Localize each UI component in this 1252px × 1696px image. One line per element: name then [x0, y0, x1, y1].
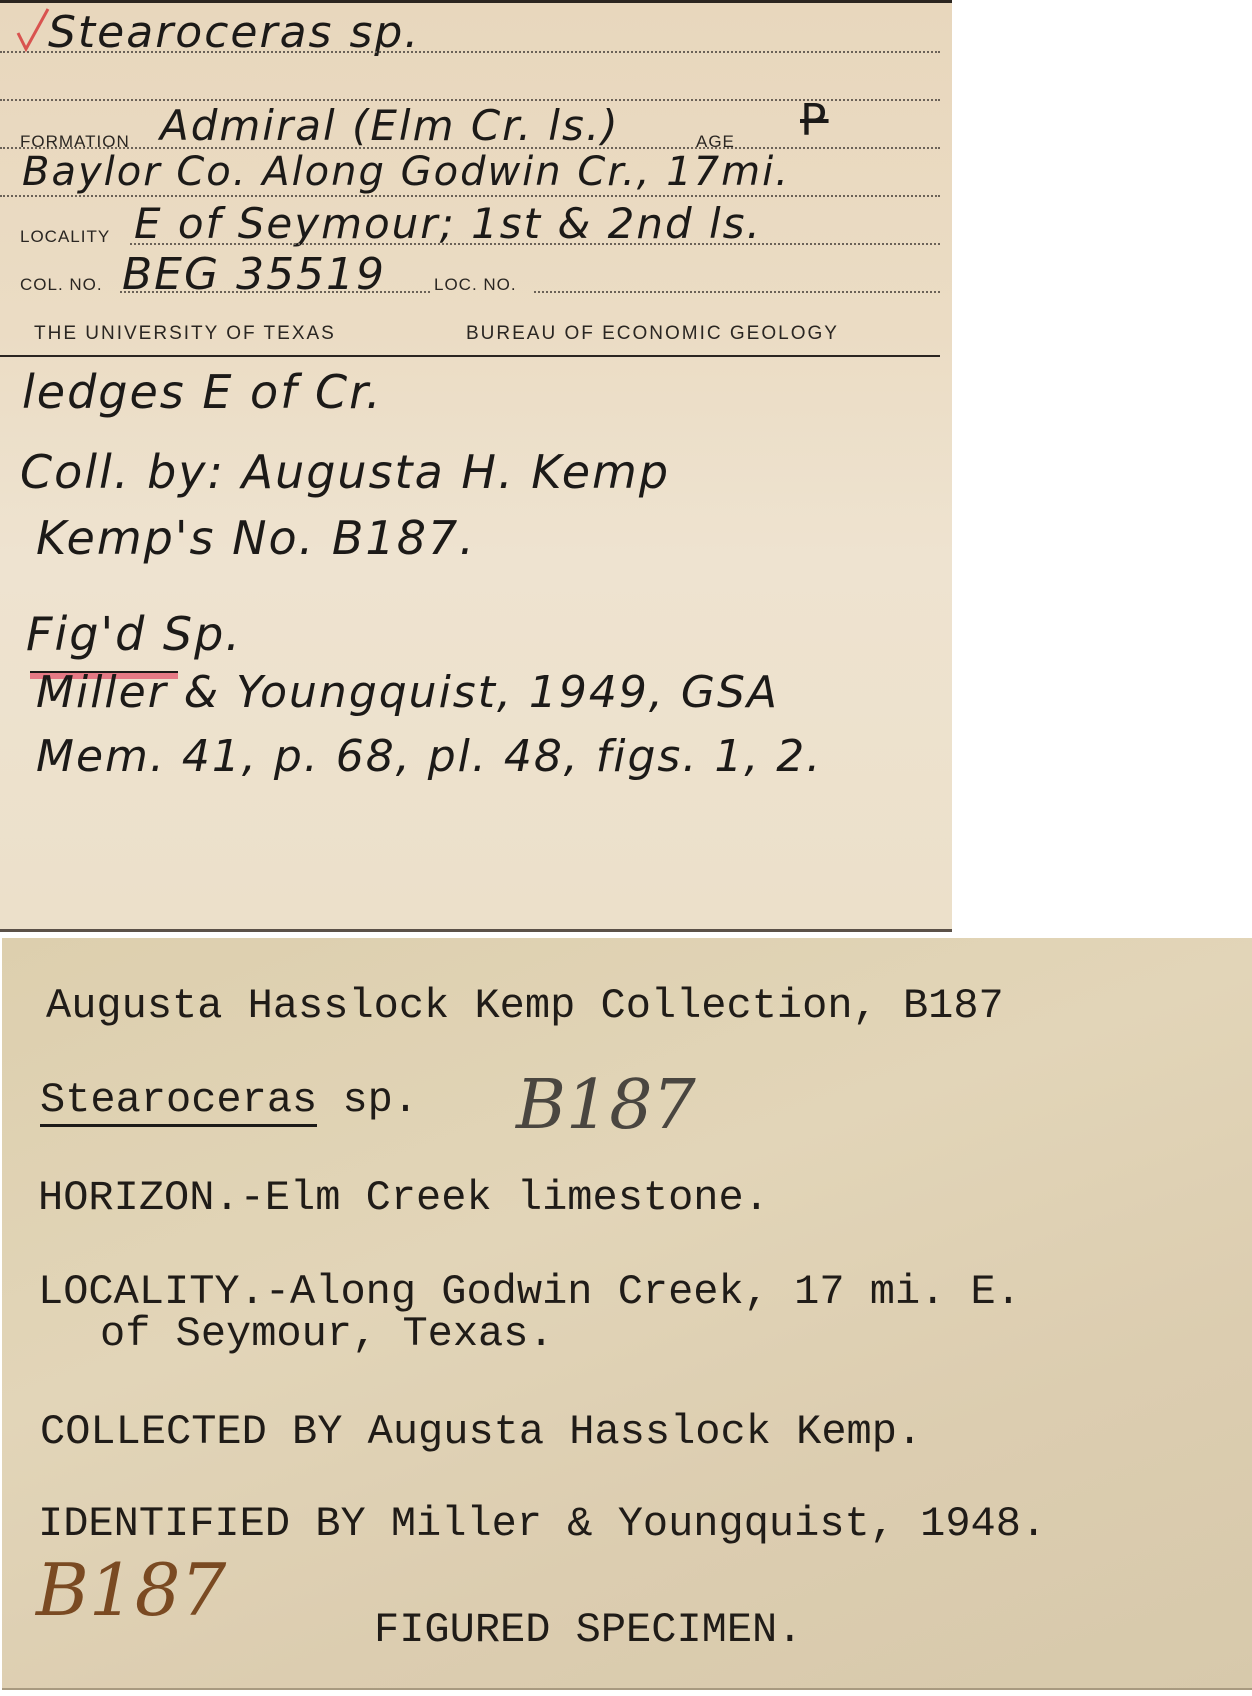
taxon-genus: Stearoceras	[40, 1076, 317, 1127]
specimen-card-handwritten: Stearoceras sp. FORMATION Admiral (Elm C…	[0, 0, 952, 932]
pencil-number: B187	[516, 1066, 696, 1145]
age-value: P	[800, 95, 829, 146]
taxon-species: sp.	[342, 1076, 418, 1124]
divider-line	[0, 195, 940, 197]
loc-no-field-line	[534, 291, 940, 293]
divider-line	[130, 243, 940, 245]
collected-by: COLLECTED BY Augusta Hasslock Kemp.	[40, 1408, 922, 1456]
note-ledges: ledges E of Cr.	[22, 365, 382, 419]
identified-by: IDENTIFIED BY Miller & Youngquist, 1948.	[38, 1500, 1046, 1548]
collection-title: Augusta Hasslock Kemp Collection, B187	[46, 982, 1004, 1030]
col-no-label: COL. NO.	[20, 275, 103, 295]
header-rule	[0, 355, 940, 357]
reference-line-2: Mem. 41, p. 68, pl. 48, figs. 1, 2.	[36, 731, 822, 782]
figured-specimen: FIGURED SPECIMEN.	[374, 1606, 802, 1654]
ink-number: B187	[36, 1548, 226, 1632]
formation-value: Admiral (Elm Cr. ls.)	[160, 101, 620, 150]
locality-line-2: of Seymour, Texas.	[100, 1310, 554, 1358]
institution-name: THE UNIVERSITY OF TEXAS	[34, 323, 336, 345]
specimen-card-typed: Augusta Hasslock Kemp Collection, B187 S…	[2, 938, 1252, 1690]
figured-label: Fig'd Sp.	[26, 607, 242, 661]
taxon-name: Stearoceras sp.	[40, 1076, 418, 1124]
locality-line-1: Baylor Co. Along Godwin Cr., 17mi.	[22, 149, 790, 195]
locality-label: LOCALITY	[20, 227, 110, 247]
note-kemp-number: Kemp's No. B187.	[36, 511, 476, 565]
locality-line-1: LOCALITY.-Along Godwin Creek, 17 mi. E.	[38, 1268, 1021, 1316]
loc-no-label: LOC. NO.	[434, 275, 517, 295]
horizon-line: HORIZON.-Elm Creek limestone.	[38, 1174, 769, 1222]
divider-line	[120, 291, 430, 293]
note-collector: Coll. by: Augusta H. Kemp	[20, 445, 670, 499]
locality-line-2: E of Seymour; 1st & 2nd ls.	[134, 199, 762, 248]
divider-line	[0, 51, 940, 53]
bureau-name: BUREAU OF ECONOMIC GEOLOGY	[466, 323, 839, 345]
reference-line-1: Miller & Youngquist, 1949, GSA	[36, 667, 779, 718]
